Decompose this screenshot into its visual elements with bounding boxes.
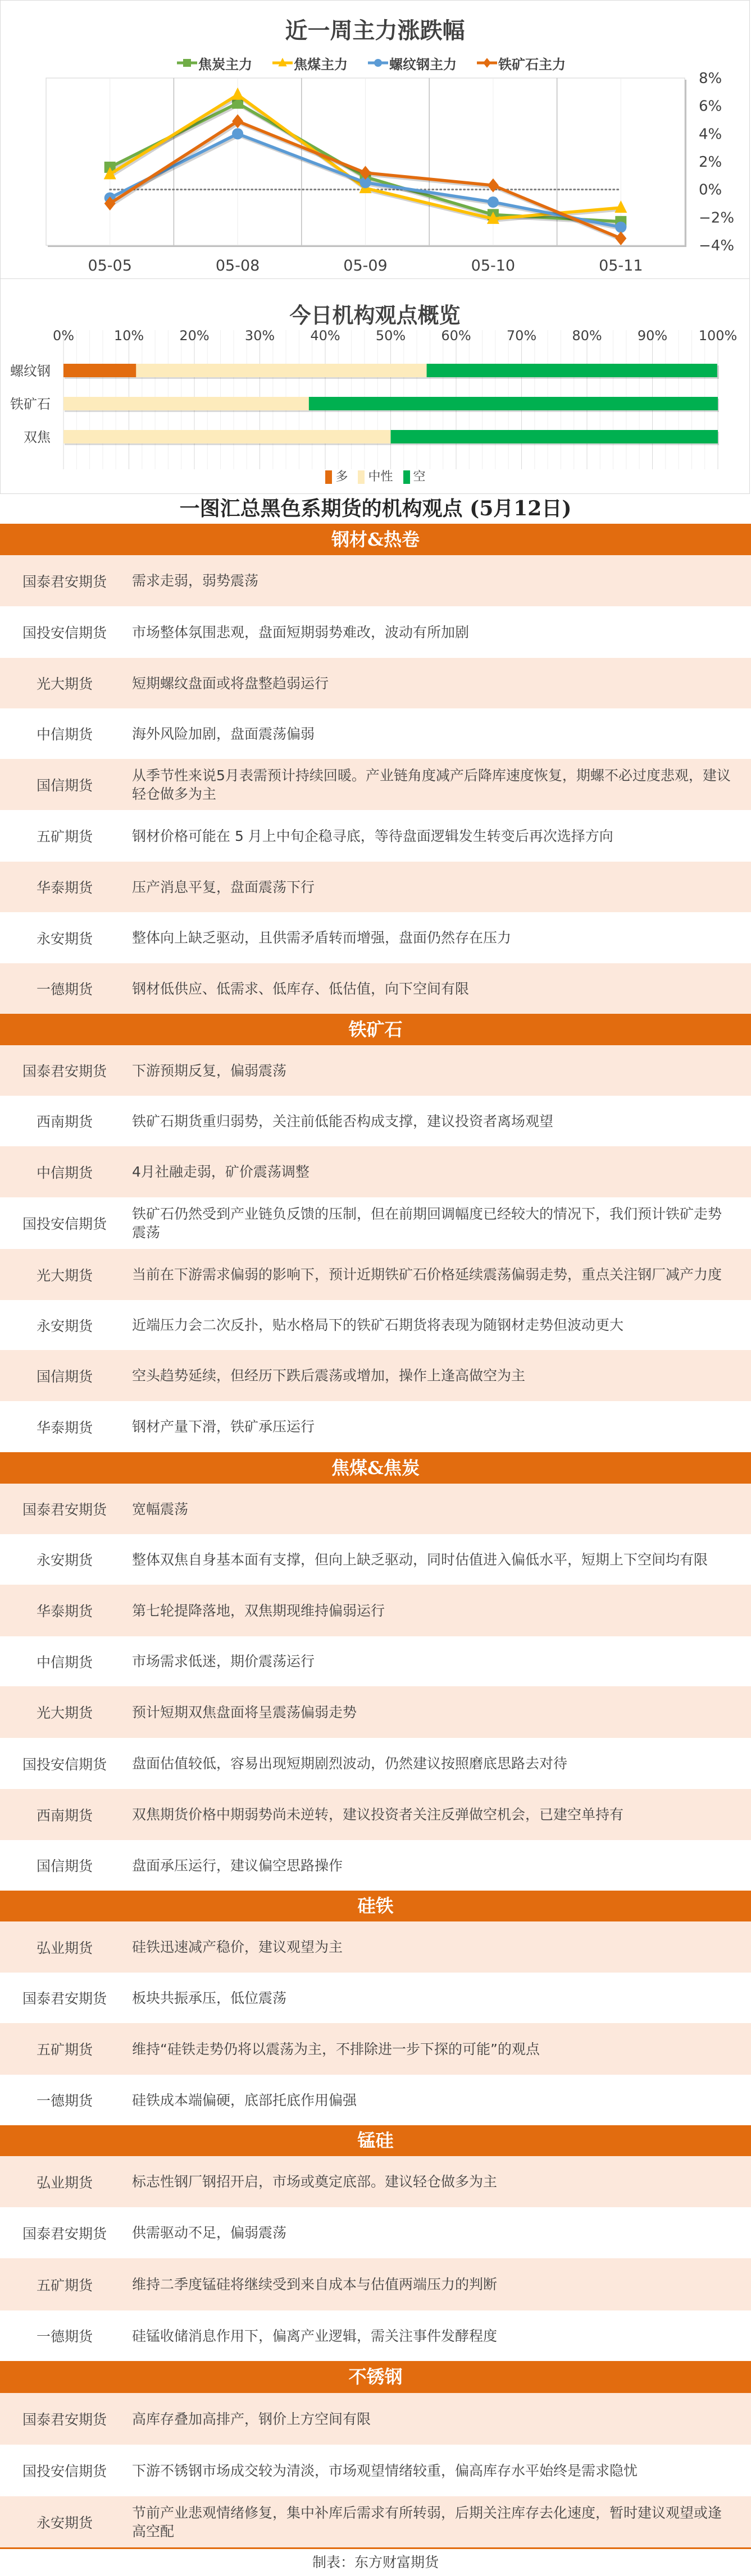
institution-view: 双焦期货价格中期弱势尚未逆转，建议投资者关注反弹做空机会，已建空单持有 <box>129 1805 751 1824</box>
y-axis-label: 4% <box>699 126 722 143</box>
x-axis-label: 05-09 <box>343 257 387 274</box>
institution-name: 中信期货 <box>0 724 129 744</box>
institution-view: 市场整体氛围悲观，盘面短期弱势难改，波动有所加剧 <box>129 623 751 642</box>
legend-label: 空 <box>413 470 426 484</box>
institution-view: 下游预期反复，偏弱震荡 <box>129 1061 751 1080</box>
table-row: 国信期货从季节性来说5月表需预计持续回暖。产业链角度减产后降库速度恢复，期螺不必… <box>0 759 751 810</box>
section-header: 硅铁 <box>0 1891 751 1921</box>
summary-title: 一图汇总黑色系期货的机构观点 (5月12日) <box>0 494 751 524</box>
institution-view: 海外风险加剧，盘面震荡偏弱 <box>129 725 751 743</box>
institution-name: 国投安信期货 <box>0 1754 129 1774</box>
institution-name: 五矿期货 <box>0 2275 129 2295</box>
institution-view: 硅铁成本端偏硬，底部托底作用偏强 <box>129 2091 751 2110</box>
institution-name: 中信期货 <box>0 1162 129 1182</box>
x-axis-label: 30% <box>245 328 275 344</box>
table-row: 国投安信期货铁矿石仍然受到产业链负反馈的压制，但在前期回调幅度已经较大的情况下，… <box>0 1197 751 1249</box>
institution-name: 弘业期货 <box>0 2172 129 2192</box>
institution-view: 盘面承压运行，建议偏空思路操作 <box>129 1856 751 1875</box>
institution-name: 光大期货 <box>0 673 129 693</box>
y-axis-label: 2% <box>699 154 722 171</box>
data-point[interactable] <box>488 196 499 208</box>
legend-label: 多 <box>335 470 348 484</box>
x-axis-label: 80% <box>572 328 602 344</box>
institution-name: 永安期货 <box>0 2512 129 2532</box>
data-point[interactable] <box>615 222 626 233</box>
x-axis-label: 20% <box>179 328 209 344</box>
institution-name: 光大期货 <box>0 1702 129 1722</box>
x-axis-label: 100% <box>699 328 738 344</box>
table-row: 光大期货预计短期双焦盘面将呈震荡偏弱走势 <box>0 1686 751 1738</box>
table-row: 国投安信期货盘面估值较低，容易出现短期剧烈波动，仍然建议按照磨底思路去对待 <box>0 1738 751 1789</box>
table-row: 永安期货整体双焦自身基本面有支撑，但向上缺乏驱动，同时估值进入偏低水平，短期上下… <box>0 1534 751 1585</box>
institution-view: 整体向上缺乏驱动，且供需矛盾转而增强，盘面仍然存在压力 <box>129 928 751 947</box>
institution-name: 西南期货 <box>0 1805 129 1825</box>
legend-item[interactable]: 中性 <box>358 467 393 484</box>
institution-name: 国信期货 <box>0 775 129 795</box>
bar-segment-空[interactable] <box>309 397 718 410</box>
table-row: 一德期货硅锰收储消息作用下，偏离产业逻辑，需关注事件发酵程度 <box>0 2310 751 2361</box>
line-chart-plot: 8%6%4%2%0%−2%−4%05-0505-0805-0905-1005-1… <box>1 1 750 280</box>
institution-name: 一德期货 <box>0 978 129 999</box>
institution-view: 当前在下游需求偏弱的影响下，预计近期铁矿石价格延续震荡偏弱走势，重点关注钢厂减产… <box>129 1265 751 1284</box>
institution-view: 钢材低供应、低需求、低库存、低估值，向下空间有限 <box>129 980 751 998</box>
x-axis-label: 40% <box>310 328 340 344</box>
table-row: 一德期货钢材低供应、低需求、低库存、低估值，向下空间有限 <box>0 963 751 1014</box>
institution-name: 一德期货 <box>0 2090 129 2110</box>
x-axis-label: 90% <box>638 328 667 344</box>
category-label: 双焦 <box>24 429 51 445</box>
institution-name: 永安期货 <box>0 1549 129 1570</box>
institution-name: 永安期货 <box>0 928 129 948</box>
table-row: 国泰君安期货板块共振承压，低位震荡 <box>0 1973 751 2023</box>
institution-view: 维持二季度锰硅将继续受到来自成本与估值两端压力的判断 <box>129 2275 751 2294</box>
institution-name: 华泰期货 <box>0 1417 129 1437</box>
institution-view: 铁矿石期货重归弱势，关注前低能否构成支撑，建议投资者离场观望 <box>129 1112 751 1131</box>
x-axis-label: 05-10 <box>471 257 515 274</box>
table-row: 国泰君安期货宽幅震荡 <box>0 1484 751 1534</box>
table-row: 西南期货铁矿石期货重归弱势，关注前低能否构成支撑，建议投资者离场观望 <box>0 1096 751 1146</box>
table-row: 国投安信期货下游不锈钢市场成交较为清淡，市场观望情绪较重，偏高库存水平始终是需求… <box>0 2445 751 2496</box>
table-row: 光大期货短期螺纹盘面或将盘整趋弱运行 <box>0 658 751 708</box>
institution-view: 铁矿石仍然受到产业链负反馈的压制，但在前期回调幅度已经较大的情况下，我们预计铁矿… <box>129 1205 751 1242</box>
table-row: 五矿期货维持“硅铁走势仍将以震荡为主，不排除进一步下探的可能”的观点 <box>0 2023 751 2075</box>
bar-segment-中性[interactable] <box>136 364 426 377</box>
table-row: 华泰期货钢材产量下滑，铁矿承压运行 <box>0 1401 751 1452</box>
footer-credit: 制表：东方财富期货 <box>0 2547 751 2576</box>
institution-name: 弘业期货 <box>0 1937 129 1957</box>
legend-swatch-icon <box>325 470 332 484</box>
table-row: 永安期货整体向上缺乏驱动，且供需矛盾转而增强，盘面仍然存在压力 <box>0 912 751 963</box>
institution-view: 硅铁迅速减产稳价，建议观望为主 <box>129 1938 751 1956</box>
institution-name: 华泰期货 <box>0 877 129 897</box>
table-row: 永安期货近端压力会二次反扑，贴水格局下的铁矿石期货将表现为随钢材走势但波动更大 <box>0 1300 751 1350</box>
bar-chart-plot: 0%10%20%30%40%50%60%70%80%90%100%螺纹钢铁矿石双… <box>0 278 750 494</box>
table-row: 中信期货4月社融走弱，矿价震荡调整 <box>0 1146 751 1197</box>
institution-view: 维持“硅铁走势仍将以震荡为主，不排除进一步下探的可能”的观点 <box>129 2040 751 2058</box>
table-row: 华泰期货第七轮提降落地，双焦期现维持偏弱运行 <box>0 1585 751 1636</box>
section-header: 铁矿石 <box>0 1014 751 1045</box>
category-label: 螺纹钢 <box>10 363 51 379</box>
table-row: 五矿期货维持二季度锰硅将继续受到来自成本与估值两端压力的判断 <box>0 2258 751 2310</box>
table-row: 五矿期货钢材价格可能在 5 月上中旬企稳寻底，等待盘面逻辑发生转变后再次选择方向 <box>0 810 751 862</box>
bar-segment-多[interactable] <box>63 364 136 377</box>
institution-view: 市场需求低迷，期价震荡运行 <box>129 1652 751 1671</box>
bar-segment-空[interactable] <box>391 430 718 443</box>
y-axis-label: 8% <box>699 70 722 87</box>
table-row: 光大期货当前在下游需求偏弱的影响下，预计近期铁矿石价格延续震荡偏弱走势，重点关注… <box>0 1249 751 1300</box>
institution-name: 国信期货 <box>0 1855 129 1875</box>
table-row: 中信期货海外风险加剧，盘面震荡偏弱 <box>0 708 751 759</box>
table-row: 弘业期货标志性钢厂钢招开启，市场或奠定底部。建议轻仓做多为主 <box>0 2156 751 2207</box>
legend-swatch-icon <box>358 470 365 484</box>
institution-view: 钢材价格可能在 5 月上中旬企稳寻底，等待盘面逻辑发生转变后再次选择方向 <box>129 827 751 845</box>
institution-view: 高库存叠加高排产，钢价上方空间有限 <box>129 2410 751 2428</box>
table-row: 国泰君安期货高库存叠加高排产，钢价上方空间有限 <box>0 2393 751 2445</box>
table-row: 国泰君安期货需求走弱，弱势震荡 <box>0 555 751 606</box>
institution-name: 国泰君安期货 <box>0 1499 129 1519</box>
institution-name: 国投安信期货 <box>0 622 129 642</box>
institution-name: 永安期货 <box>0 1315 129 1335</box>
bar-segment-空[interactable] <box>427 364 717 377</box>
institution-name: 光大期货 <box>0 1265 129 1285</box>
institution-name: 国泰君安期货 <box>0 571 129 591</box>
institution-name: 五矿期货 <box>0 2039 129 2059</box>
table-row: 一德期货硅铁成本端偏硬，底部托底作用偏强 <box>0 2075 751 2125</box>
x-axis-label: 10% <box>114 328 144 344</box>
section-header: 钢材&热卷 <box>0 524 751 555</box>
institution-name: 国信期货 <box>0 1366 129 1386</box>
x-axis-label: 05-08 <box>216 257 260 274</box>
x-axis-label: 0% <box>53 328 74 344</box>
institution-name: 西南期货 <box>0 1111 129 1131</box>
institution-view: 宽幅震荡 <box>129 1500 751 1518</box>
institution-view: 需求走弱，弱势震荡 <box>129 571 751 590</box>
institution-view: 标志性钢厂钢招开启，市场或奠定底部。建议轻仓做多为主 <box>129 2172 751 2191</box>
table-row: 国信期货空头趋势延续，但经历下跌后震荡或增加，操作上逢高做空为主 <box>0 1350 751 1401</box>
table-row: 国泰君安期货下游预期反复，偏弱震荡 <box>0 1045 751 1096</box>
table-row: 国信期货盘面承压运行，建议偏空思路操作 <box>0 1840 751 1891</box>
line-chart-panel: 近一周主力涨跌幅 焦炭主力焦煤主力螺纹钢主力铁矿石主力 8%6%4%2%0%−2… <box>0 0 750 279</box>
institution-view: 从季节性来说5月表需预计持续回暖。产业链角度减产后降库速度恢复，期螺不必过度悲观… <box>129 766 751 803</box>
legend-item[interactable]: 多 <box>325 467 348 484</box>
x-axis-label: 50% <box>376 328 406 344</box>
bar-chart-legend: 多中性空 <box>0 467 751 484</box>
institution-name: 华泰期货 <box>0 1600 129 1621</box>
table-row: 国泰君安期货供需驱动不足，偏弱震荡 <box>0 2207 751 2258</box>
institution-name: 国泰君安期货 <box>0 2223 129 2243</box>
institution-view: 近端压力会二次反扑，贴水格局下的铁矿石期货将表现为随钢材走势但波动更大 <box>129 1316 751 1334</box>
institution-name: 国投安信期货 <box>0 1213 129 1233</box>
institution-name: 中信期货 <box>0 1651 129 1672</box>
x-axis-label: 05-05 <box>88 257 131 274</box>
table-row: 华泰期货压产消息平复，盘面震荡下行 <box>0 862 751 912</box>
table-row: 弘业期货硅铁迅速减产稳价，建议观望为主 <box>0 1921 751 1973</box>
y-axis-label: 0% <box>699 182 722 199</box>
institution-view: 4月社融走弱，矿价震荡调整 <box>129 1163 751 1181</box>
institution-view: 压产消息平复，盘面震荡下行 <box>129 878 751 896</box>
institution-name: 一德期货 <box>0 2326 129 2346</box>
table-row: 国投安信期货市场整体氛围悲观，盘面短期弱势难改，波动有所加剧 <box>0 606 751 658</box>
institution-view: 节前产业悲观情绪修复，集中补库后需求有所转弱，后期关注库存去化速度，暂时建议观望… <box>129 2504 751 2541</box>
bar-segment-中性[interactable] <box>63 397 309 410</box>
institution-name: 国泰君安期货 <box>0 2409 129 2429</box>
legend-label: 中性 <box>368 470 393 484</box>
institution-view: 板块共振承压，低位震荡 <box>129 1989 751 2007</box>
institution-name: 国泰君安期货 <box>0 1060 129 1081</box>
bar-segment-中性[interactable] <box>63 430 391 443</box>
table-row: 永安期货节前产业悲观情绪修复，集中补库后需求有所转弱，后期关注库存去化速度，暂时… <box>0 2496 751 2547</box>
y-axis-label: −4% <box>699 237 734 254</box>
institution-view: 整体双焦自身基本面有支撑，但向上缺乏驱动，同时估值进入偏低水平，短期上下空间均有… <box>129 1550 751 1569</box>
institution-name: 五矿期货 <box>0 826 129 846</box>
institution-view: 空头趋势延续，但经历下跌后震荡或增加，操作上逢高做空为主 <box>129 1366 751 1385</box>
legend-item[interactable]: 空 <box>403 467 426 484</box>
x-axis-label: 70% <box>507 328 536 344</box>
institution-name: 国投安信期货 <box>0 2460 129 2481</box>
institution-view: 第七轮提降落地，双焦期现维持偏弱运行 <box>129 1602 751 1620</box>
institution-view: 下游不锈钢市场成交较为清淡，市场观望情绪较重，偏高库存水平始终是需求隐忧 <box>129 2461 751 2480</box>
institution-name: 国泰君安期货 <box>0 1988 129 2008</box>
table-row: 西南期货双焦期货价格中期弱势尚未逆转，建议投资者关注反弹做空机会，已建空单持有 <box>0 1789 751 1840</box>
institution-view: 盘面估值较低，容易出现短期剧烈波动，仍然建议按照磨底思路去对待 <box>129 1754 751 1773</box>
x-axis-label: 60% <box>441 328 471 344</box>
section-header: 锰硅 <box>0 2125 751 2156</box>
institution-view: 供需驱动不足，偏弱震荡 <box>129 2223 751 2242</box>
table-row: 中信期货市场需求低迷，期价震荡运行 <box>0 1636 751 1686</box>
institution-view: 钢材产量下滑，铁矿承压运行 <box>129 1417 751 1436</box>
y-axis-label: −2% <box>699 209 734 226</box>
institution-view: 短期螺纹盘面或将盘整趋弱运行 <box>129 674 751 693</box>
section-header: 不锈钢 <box>0 2361 751 2393</box>
section-header: 焦煤&焦炭 <box>0 1452 751 1484</box>
y-axis-label: 6% <box>699 98 722 115</box>
institution-view: 预计短期双焦盘面将呈震荡偏弱走势 <box>129 1703 751 1722</box>
category-label: 铁矿石 <box>10 396 51 412</box>
data-point[interactable] <box>232 128 243 139</box>
institution-view: 硅锰收储消息作用下，偏离产业逻辑，需关注事件发酵程度 <box>129 2327 751 2345</box>
legend-swatch-icon <box>403 470 410 484</box>
x-axis-label: 05-11 <box>599 257 643 274</box>
